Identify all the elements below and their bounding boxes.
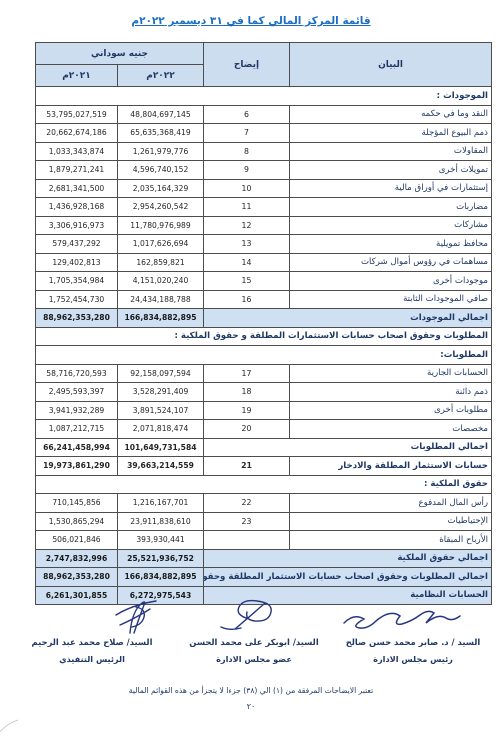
value-2022: 2,071,818,474 bbox=[118, 420, 204, 439]
statement-table-body: الموجودات :النقد وما في حكمه648,804,697,… bbox=[35, 87, 491, 605]
row-label: المقاولات bbox=[290, 142, 492, 161]
value-2022: 65,635,368,419 bbox=[118, 124, 204, 143]
table-row: مشاركات1211,780,976,9893,306,916,973 bbox=[35, 216, 491, 235]
signatory-board-member: السيد/ ابوبكر على محمد الحسن عضو مجلس ال… bbox=[178, 597, 330, 664]
header-currency: جنيه سوداني bbox=[35, 43, 203, 65]
table-row: محافظ تمويلية131,017,626,694579,437,292 bbox=[35, 235, 491, 254]
note-cell: 14 bbox=[204, 253, 290, 272]
note-cell: 12 bbox=[204, 216, 290, 235]
row-label: إستثمارات في أوراق مالية bbox=[290, 179, 492, 198]
row-label: صافي الموجودات الثابتة bbox=[290, 290, 492, 309]
value-2021: 66,241,458,994 bbox=[35, 438, 117, 457]
value-2021: 1,530,865,294 bbox=[35, 512, 117, 531]
value-2022: 25,521,936,752 bbox=[118, 549, 204, 568]
value-2022: 24,434,188,788 bbox=[118, 290, 204, 309]
value-2022: 393,930,441 bbox=[118, 531, 204, 550]
row-label: مطلوبات أخرى bbox=[290, 401, 492, 420]
value-2022: 2,954,260,542 bbox=[118, 198, 204, 217]
note-cell: 16 bbox=[204, 290, 290, 309]
footer-note: تعتبر الايضاحات المرفقة من (١) الي (٣٨) … bbox=[0, 686, 502, 695]
table-row: الموجودات : bbox=[35, 87, 491, 106]
row-label: مساهمات في رؤوس أموال شركات bbox=[290, 253, 492, 272]
section-label: حقوق الملكية : bbox=[35, 475, 491, 494]
note-cell: 7 bbox=[204, 124, 290, 143]
note-cell: 18 bbox=[204, 383, 290, 402]
page-title: قائمة المركز المالي كما في ٣١ ديسمبر ٢٠٢… bbox=[0, 15, 502, 27]
value-2021: 3,941,932,289 bbox=[35, 401, 117, 420]
page-number: ٢٠ bbox=[0, 702, 502, 711]
note-cell bbox=[204, 531, 290, 550]
value-2021: 1,087,212,715 bbox=[35, 420, 117, 439]
value-2022: 166,834,882,895 bbox=[118, 568, 204, 587]
table-row: صافي الموجودات الثابتة1624,434,188,7881,… bbox=[35, 290, 491, 309]
value-2021: 88,962,353,280 bbox=[35, 568, 117, 587]
signatory-name: السيد/ صلاح محمد عبد الرحيم bbox=[8, 637, 176, 647]
value-2022: 1,261,979,776 bbox=[118, 142, 204, 161]
table-row: المطلوبات: bbox=[35, 346, 491, 365]
value-2022: 48,804,697,145 bbox=[118, 105, 204, 124]
value-2021: 2,681,341,500 bbox=[35, 179, 117, 198]
value-2022: 92,158,097,594 bbox=[118, 364, 204, 383]
value-2021: 129,402,813 bbox=[35, 253, 117, 272]
table-row: اجمالي حقوق الملكية25,521,936,7522,747,8… bbox=[35, 549, 491, 568]
row-label: ذمم دائنة bbox=[290, 383, 492, 402]
note-cell: 19 bbox=[204, 401, 290, 420]
table-row: اجمالي الموجودات166,834,882,89588,962,35… bbox=[35, 309, 491, 328]
note-cell: 20 bbox=[204, 420, 290, 439]
value-2021: 1,033,343,874 bbox=[35, 142, 117, 161]
row-label: حسابات الاستثمار المطلقة والادخار bbox=[290, 457, 492, 476]
note-cell: 21 bbox=[204, 457, 290, 476]
table-row: اجمالي المطلوبات وحقوق اصحاب حسابات الاس… bbox=[35, 568, 491, 587]
signatory-name: السيد/ ابوبكر على محمد الحسن bbox=[178, 637, 330, 647]
header-year-2022: ٢٠٢٢م bbox=[118, 65, 204, 87]
row-label: محافظ تمويلية bbox=[290, 235, 492, 254]
value-2022: 2,035,164,329 bbox=[118, 179, 204, 198]
value-2021: 19,973,861,290 bbox=[35, 457, 117, 476]
row-label: ذمم البيوع المؤجلة bbox=[290, 124, 492, 143]
table-row: حقوق الملكية : bbox=[35, 475, 491, 494]
value-2021: 53,795,027,519 bbox=[35, 105, 117, 124]
section-label: المطلوبات: bbox=[35, 346, 491, 365]
value-2021: 1,879,271,241 bbox=[35, 161, 117, 180]
table-row: الأرباح المبقاة393,930,441506,021,846 bbox=[35, 531, 491, 550]
table-row: مخصصات202,071,818,4741,087,212,715 bbox=[35, 420, 491, 439]
note-cell: 23 bbox=[204, 512, 290, 531]
value-2022: 4,151,020,240 bbox=[118, 272, 204, 291]
value-2022: 101,649,731,584 bbox=[118, 438, 204, 457]
board-member-signature-icon bbox=[209, 597, 299, 637]
table-row: ذمم دائنة183,528,291,4092,495,593,397 bbox=[35, 383, 491, 402]
header-statement: البيان bbox=[290, 43, 492, 87]
value-2022: 166,834,882,895 bbox=[118, 309, 204, 328]
value-2021: 1,752,454,730 bbox=[35, 290, 117, 309]
value-2022: 1,216,167,701 bbox=[118, 494, 204, 513]
row-label: اجمالي المطلوبات bbox=[204, 438, 492, 457]
note-cell: 8 bbox=[204, 142, 290, 161]
value-2022: 11,780,976,989 bbox=[118, 216, 204, 235]
note-cell: 10 bbox=[204, 179, 290, 198]
row-label: موجودات أخرى bbox=[290, 272, 492, 291]
value-2021: 579,437,292 bbox=[35, 235, 117, 254]
header-year-2021: ٢٠٢١م bbox=[35, 65, 117, 87]
row-label: اجمالي حقوق الملكية bbox=[204, 549, 492, 568]
value-2022: 1,017,626,694 bbox=[118, 235, 204, 254]
table-row: المطلوبات وحقوق اصحاب حسابات الاستثمارات… bbox=[35, 327, 491, 346]
value-2021: 88,962,353,280 bbox=[35, 309, 117, 328]
section-label: المطلوبات وحقوق اصحاب حسابات الاستثمارات… bbox=[35, 327, 491, 346]
table-row: النقد وما في حكمه648,804,697,14553,795,0… bbox=[35, 105, 491, 124]
note-cell: 15 bbox=[204, 272, 290, 291]
table-row: الإحتياطيات2323,911,838,6101,530,865,294 bbox=[35, 512, 491, 531]
note-cell: 6 bbox=[204, 105, 290, 124]
signatory-name: السيد / د. صابر محمد حسن صالح bbox=[330, 637, 496, 647]
chairman-signature-icon bbox=[338, 597, 488, 637]
value-2021: 710,145,856 bbox=[35, 494, 117, 513]
signatory-ceo: السيد/ صلاح محمد عبد الرحيم الرئيس التنف… bbox=[8, 597, 176, 664]
value-2022: 3,528,291,409 bbox=[118, 383, 204, 402]
signatory-title: الرئيس التنفيذي bbox=[8, 654, 176, 664]
row-label: اجمالي المطلوبات وحقوق اصحاب حسابات الاس… bbox=[204, 568, 492, 587]
value-2021: 506,021,846 bbox=[35, 531, 117, 550]
value-2021: 58,716,720,593 bbox=[35, 364, 117, 383]
row-label: مشاركات bbox=[290, 216, 492, 235]
table-header: البيان إيضاح جنيه سوداني ٢٠٢٢م ٢٠٢١م bbox=[35, 43, 491, 87]
table-row: إستثمارات في أوراق مالية102,035,164,3292… bbox=[35, 179, 491, 198]
value-2022: 4,596,740,152 bbox=[118, 161, 204, 180]
value-2021: 2,495,593,397 bbox=[35, 383, 117, 402]
signatory-title: عضو مجلس الادارة bbox=[178, 654, 330, 664]
table-row: مساهمات في رؤوس أموال شركات14162,859,821… bbox=[35, 253, 491, 272]
signatory-title: رئيس مجلس الادارة bbox=[330, 654, 496, 664]
value-2022: 23,911,838,610 bbox=[118, 512, 204, 531]
page-corner-mark-icon bbox=[0, 716, 20, 736]
note-cell: 17 bbox=[204, 364, 290, 383]
row-label: رأس المال المدفوع bbox=[290, 494, 492, 513]
row-label: اجمالي الموجودات bbox=[204, 309, 492, 328]
row-label: مخصصات bbox=[290, 420, 492, 439]
table-row: رأس المال المدفوع221,216,167,701710,145,… bbox=[35, 494, 491, 513]
value-2021: 1,436,928,168 bbox=[35, 198, 117, 217]
row-label: الحسابات الجارية bbox=[290, 364, 492, 383]
row-label: مضاربات bbox=[290, 198, 492, 217]
table-row: موجودات أخرى154,151,020,2401,705,354,984 bbox=[35, 272, 491, 291]
note-cell: 11 bbox=[204, 198, 290, 217]
note-cell: 22 bbox=[204, 494, 290, 513]
ceo-signature-icon bbox=[106, 597, 170, 637]
value-2021: 3,306,916,973 bbox=[35, 216, 117, 235]
note-cell: 9 bbox=[204, 161, 290, 180]
row-label: النقد وما في حكمه bbox=[290, 105, 492, 124]
value-2022: 162,859,821 bbox=[118, 253, 204, 272]
table-row: مضاربات112,954,260,5421,436,928,168 bbox=[35, 198, 491, 217]
table-row: حسابات الاستثمار المطلقة والادخار2139,66… bbox=[35, 457, 491, 476]
value-2022: 39,663,214,559 bbox=[118, 457, 204, 476]
value-2021: 20,662,674,186 bbox=[35, 124, 117, 143]
value-2022: 3,891,524,107 bbox=[118, 401, 204, 420]
table-row: تمويلات أخرى94,596,740,1521,879,271,241 bbox=[35, 161, 491, 180]
row-label: تمويلات أخرى bbox=[290, 161, 492, 180]
header-note: إيضاح bbox=[204, 43, 290, 87]
table-row: اجمالي المطلوبات101,649,731,58466,241,45… bbox=[35, 438, 491, 457]
table-row: مطلوبات أخرى193,891,524,1073,941,932,289 bbox=[35, 401, 491, 420]
note-cell: 13 bbox=[204, 235, 290, 254]
table-row: الحسابات الجارية1792,158,097,59458,716,7… bbox=[35, 364, 491, 383]
section-label: الموجودات : bbox=[35, 87, 491, 106]
value-2021: 1,705,354,984 bbox=[35, 272, 117, 291]
table-row: المقاولات81,261,979,7761,033,343,874 bbox=[35, 142, 491, 161]
row-label: الأرباح المبقاة bbox=[290, 531, 492, 550]
value-2021: 2,747,832,996 bbox=[35, 549, 117, 568]
financial-position-table: البيان إيضاح جنيه سوداني ٢٠٢٢م ٢٠٢١م الم… bbox=[35, 42, 492, 605]
row-label: الإحتياطيات bbox=[290, 512, 492, 531]
table-row: ذمم البيوع المؤجلة765,635,368,41920,662,… bbox=[35, 124, 491, 143]
signatory-chairman: السيد / د. صابر محمد حسن صالح رئيس مجلس … bbox=[330, 597, 496, 664]
